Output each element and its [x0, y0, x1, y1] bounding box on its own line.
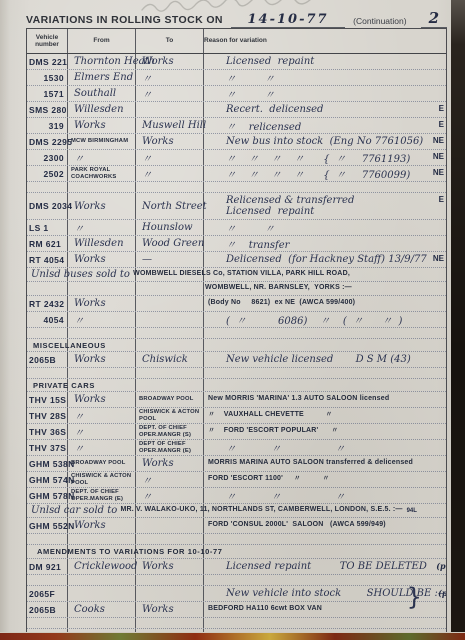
table-cell [136, 575, 204, 585]
date-handwritten: 14-10-77 [231, 12, 345, 28]
table-cell [136, 534, 204, 544]
vehicle-number: DM 921 [27, 559, 68, 574]
vehicle-number: THV 28S [27, 408, 68, 423]
margin-note: NE [433, 254, 444, 263]
table-row: PRIVATE CARS [27, 379, 446, 392]
from-location: 〃 [68, 424, 136, 439]
to-location: 〃 [136, 488, 204, 503]
table-row: 2065BWorksChiswickNew vehicle licensed D… [27, 352, 446, 368]
to-location: Works [136, 559, 204, 574]
vehicle-number: LS 1 [27, 220, 68, 235]
vehicle-number: 1530 [27, 70, 68, 85]
margin-note: E [439, 195, 444, 204]
table-cell [27, 282, 68, 295]
table-row: SMS 280WillesdenRecert. delicensedE [27, 102, 446, 118]
vehicle-number: GHM 538N [27, 456, 68, 471]
table-cell [68, 182, 136, 192]
table-cell: 〃 〃 〃 〃 { 〃 7761193)NE [204, 150, 446, 165]
section-title: MISCELLANEOUS [33, 339, 446, 351]
continuation-label: (Continuation) [353, 16, 406, 28]
scanned-ledger-page: VARIATIONS IN ROLLING STOCK ON 14-10-77 … [0, 0, 465, 640]
note-lead: Unlsd buses sold to [31, 269, 133, 280]
from-location: BROADWAY POOL [68, 456, 136, 471]
to-location: — [136, 252, 204, 267]
note-line: WOMBWELL, NR. BARNSLEY, YORKS :— [205, 282, 446, 295]
table-cell [136, 368, 204, 378]
vehicle-number: 2065F [27, 586, 68, 601]
to-location: 〃 [136, 150, 204, 165]
table-cell: FORD 'ESCORT 1100' 〃 〃 [204, 472, 446, 487]
margin-note: E [439, 104, 444, 113]
table-cell: 〃 〃 〃 [204, 488, 446, 503]
table-row: RM 621WillesdenWood Green〃 transfer [27, 236, 446, 252]
note-line: Unlsd car sold to MR. V. WALAKO-UKO, 11,… [31, 504, 446, 517]
reason-text: 〃 〃 〃 〃 { 〃 7761193) [204, 150, 410, 165]
vehicle-number: 2300 [27, 150, 68, 165]
from-location: 〃 [68, 312, 136, 327]
table-cell: 〃 FORD 'ESCORT POPULAR' 〃 [204, 424, 446, 439]
table-row: WOMBWELL, NR. BARNSLEY, YORKS :— [27, 282, 446, 296]
from-location: Works [68, 518, 136, 533]
to-location: 〃 [136, 472, 204, 487]
table-cell [27, 328, 68, 338]
note-text: WOMBWELL, NR. BARNSLEY, YORKS :— [205, 284, 352, 292]
vehicle-number: GHM 574N [27, 472, 68, 487]
vehicle-number: GHM 578N [27, 488, 68, 503]
table-row: Unlsd car sold to MR. V. WALAKO-UKO, 11,… [27, 504, 446, 518]
vehicle-number: RM 621 [27, 236, 68, 251]
from-location: PARK ROYAL COACHWORKS [68, 166, 136, 181]
from-location: Works [68, 252, 136, 267]
vehicle-number: DMS 2295 [27, 134, 68, 149]
table-cell [204, 328, 446, 338]
table-cell [27, 618, 68, 628]
table-cell [68, 629, 136, 632]
reason-text: Licensed repaint TO BE DELETED [204, 561, 427, 572]
to-location: Works [136, 54, 204, 69]
to-location: 〃 [136, 166, 204, 181]
from-location: MCW BIRMINGHAM [68, 134, 136, 149]
reason-text: ( 〃 6086) 〃 ( 〃 〃 ) [204, 312, 402, 327]
variations-table: Vehicle number From To Reason for variat… [26, 28, 447, 632]
note-text: WOMBWELL DIESELS Co, STATION VILLA, PARK… [133, 270, 350, 278]
to-location: Wood Green [136, 236, 204, 251]
table-row: GHM 552NWorksFORD 'CONSUL 2000L' SALOON … [27, 518, 446, 534]
reason-text: Licensed repaint [204, 56, 314, 67]
from-location: Willesden [68, 236, 136, 251]
reason-text: 〃 transfer [204, 236, 289, 251]
reason-text: 〃 〃 [204, 86, 275, 101]
table-cell [68, 618, 136, 628]
col-reason: Reason for variation [204, 29, 446, 53]
reason-text: New MORRIS 'MARINA' 1.3 AUTO SALOON lice… [204, 395, 389, 403]
from-location: Thornton Heath [68, 54, 136, 69]
table-cell: Recert. delicensedE [204, 102, 446, 117]
vehicle-number: THV 15S [27, 392, 68, 407]
table-cell [136, 586, 204, 601]
table-cell: (Body No 8621) ex NE (AWCA 599/400) [204, 296, 446, 311]
table-cell [27, 629, 68, 632]
table-cell [136, 102, 204, 117]
table-row: DMS 221Thornton HeathWorksLicensed repai… [27, 54, 446, 70]
table-row [27, 534, 446, 545]
to-location: CHISWICK & ACTON POOL [136, 408, 204, 423]
table-cell: Delicensed (for Hackney Staff) 13/9/77NE [204, 252, 446, 267]
table-cell [136, 328, 204, 338]
table-cell: 〃 transfer [204, 236, 446, 251]
table-body: DMS 221Thornton HeathWorksLicensed repai… [27, 54, 446, 632]
table-cell [136, 182, 204, 192]
table-row: AMENDMENTS TO VARIATIONS FOR 10-10-77 [27, 545, 446, 559]
table-row: 2502PARK ROYAL COACHWORKS〃〃 〃 〃 〃 { 〃 77… [27, 166, 446, 182]
from-location: Southall [68, 86, 136, 101]
margin-note: 94L [407, 508, 417, 514]
from-location: Cricklewood [68, 559, 136, 574]
margin-note: NE [433, 168, 444, 177]
table-cell [68, 368, 136, 378]
amendments-heading: AMENDMENTS TO VARIATIONS FOR 10-10-77 [37, 545, 446, 558]
table-row: LS 1〃Hounslow〃 〃 [27, 220, 446, 236]
table-cell [136, 282, 204, 295]
table-cell: Licensed repaint TO BE DELETED(p1) [204, 559, 446, 574]
table-row: 4054〃( 〃 6086) 〃 ( 〃 〃 ) [27, 312, 446, 328]
vehicle-number: 1571 [27, 86, 68, 101]
table-cell: 〃 〃 〃 [204, 440, 446, 455]
from-location: Works [68, 392, 136, 407]
table-row: 1571Southall〃〃 〃 [27, 86, 446, 102]
table-cell [136, 618, 204, 628]
table-cell: New vehicle into stock SHOULD BE :—}(p2) [204, 586, 446, 601]
table-row: GHM 578NDEPT. OF CHIEF OPER.MANGR (E)〃〃 … [27, 488, 446, 504]
table-row: 319WorksMuswell Hill〃 relicensedE [27, 118, 446, 134]
from-location: CHISWICK & ACTON POOL [68, 472, 136, 487]
reason-text: 〃 〃 [204, 70, 275, 85]
from-location: Works [68, 352, 136, 367]
table-cell: 〃 VAUXHALL CHEVETTE 〃 [204, 408, 446, 423]
margin-note: (p2) [438, 588, 446, 598]
col-vehicle-number: Vehicle number [27, 29, 68, 53]
table-cell [136, 312, 204, 327]
page-title: VARIATIONS IN ROLLING STOCK ON [26, 14, 223, 28]
to-location: Muswell Hill [136, 118, 204, 133]
table-cell: New vehicle licensed D S M (43) [204, 352, 446, 367]
table-cell [136, 629, 204, 632]
reason-text: New vehicle licensed D S M (43) [204, 354, 411, 365]
reason-text: Relicensed & transferred [204, 195, 354, 206]
to-location: Hounslow [136, 220, 204, 235]
col-to: To [136, 29, 204, 53]
table-cell: 〃 〃 [204, 220, 446, 235]
book-edge-band [0, 633, 465, 640]
table-cell: ( 〃 6086) 〃 ( 〃 〃 ) [204, 312, 446, 327]
reason-text: Licensed repaint [204, 206, 314, 217]
table-row [27, 328, 446, 339]
table-row: 1530Elmers End〃〃 〃 [27, 70, 446, 86]
margin-note: NE [433, 152, 444, 161]
table-cell: New MORRIS 'MARINA' 1.3 AUTO SALOON lice… [204, 392, 446, 407]
vehicle-number: THV 37S [27, 440, 68, 455]
reason-text: 〃 VAUXHALL CHEVETTE 〃 [204, 411, 333, 419]
table-row [27, 368, 446, 379]
table-row [27, 629, 446, 632]
reason-text: BEDFORD HA110 6cwt BOX VAN [204, 605, 322, 613]
brace-mark: } [407, 585, 422, 609]
reason-text: New bus into stock (Eng No 7761056) [204, 136, 423, 147]
to-location: Works [136, 456, 204, 471]
table-cell [27, 534, 68, 544]
table-cell: Relicensed & transferredLicensed repaint… [204, 193, 446, 219]
table-cell: MORRIS MARINA AUTO SALOON transferred & … [204, 456, 446, 471]
reason-text: 〃 〃 〃 [204, 488, 345, 503]
table-cell: New bus into stock (Eng No 7761056)NE [204, 134, 446, 149]
reason-text: 〃 〃 〃 [204, 440, 345, 455]
col-from: From [68, 29, 136, 53]
table-row: DMS 2034WorksNorth StreetRelicensed & tr… [27, 193, 446, 220]
reason-text: FORD 'CONSUL 2000L' SALOON (AWCA 599/949… [204, 521, 386, 529]
table-cell [68, 282, 136, 295]
to-location: DEPT. OF CHIEF OPER.MANGR (S) [136, 424, 204, 439]
note-text: MR. V. WALAKO-UKO, 11, NORTHLANDS ST, CA… [120, 506, 402, 514]
reason-text: 〃 FORD 'ESCORT POPULAR' 〃 [204, 427, 339, 435]
from-location: Cooks [68, 602, 136, 617]
reason-text: Delicensed (for Hackney Staff) 13/9/77 [204, 254, 427, 265]
from-location: Willesden [68, 102, 136, 117]
table-row [27, 575, 446, 586]
to-location: DEPT OF CHIEF OPER.MANGR (E) [136, 440, 204, 455]
table-cell: 〃 〃 〃 〃 { 〃 7760099)NE [204, 166, 446, 181]
table-cell [68, 328, 136, 338]
to-location: 〃 [136, 70, 204, 85]
table-row: THV 15SWorksBROADWAY POOLNew MORRIS 'MAR… [27, 392, 446, 408]
table-cell [68, 575, 136, 585]
table-row: THV 28S〃CHISWICK & ACTON POOL〃 VAUXHALL … [27, 408, 446, 424]
table-row: RT 2432Works(Body No 8621) ex NE (AWCA 5… [27, 296, 446, 312]
table-row: 2065BCooksWorksBEDFORD HA110 6cwt BOX VA… [27, 602, 446, 618]
vehicle-number: DMS 221 [27, 54, 68, 69]
table-row: GHM 538NBROADWAY POOLWorksMORRIS MARINA … [27, 456, 446, 472]
from-location: Works [68, 296, 136, 311]
table-cell [27, 182, 68, 192]
table-cell [136, 296, 204, 311]
reason-text: Recert. delicensed [204, 104, 323, 115]
table-row [27, 182, 446, 193]
vehicle-number: THV 36S [27, 424, 68, 439]
table-row: DM 921CricklewoodWorksLicensed repaint T… [27, 559, 446, 575]
table-row: GHM 574NCHISWICK & ACTON POOL〃FORD 'ESCO… [27, 472, 446, 488]
table-row: THV 37S〃DEPT OF CHIEF OPER.MANGR (E)〃 〃 … [27, 440, 446, 456]
vehicle-number: 2065B [27, 352, 68, 367]
vehicle-number: 4054 [27, 312, 68, 327]
title-bar: VARIATIONS IN ROLLING STOCK ON 14-10-77 … [26, 4, 447, 28]
to-location: North Street [136, 193, 204, 219]
vehicle-number: SMS 280 [27, 102, 68, 117]
to-location: 〃 [136, 86, 204, 101]
reason-text: MORRIS MARINA AUTO SALOON transferred & … [204, 459, 413, 467]
from-location: 〃 [68, 408, 136, 423]
vehicle-number: RT 4054 [27, 252, 68, 267]
table-cell [27, 575, 68, 585]
table-row: DMS 2295MCW BIRMINGHAMWorksNew bus into … [27, 134, 446, 150]
page-number: 2 [421, 9, 447, 28]
section-title: PRIVATE CARS [33, 379, 446, 391]
from-location: DEPT. OF CHIEF OPER.MANGR (E) [68, 488, 136, 503]
table-cell [68, 534, 136, 544]
note-lead: Unlsd car sold to [31, 505, 120, 516]
table-row: 2300〃〃〃 〃 〃 〃 { 〃 7761193)NE [27, 150, 446, 166]
table-row: MISCELLANEOUS [27, 339, 446, 352]
table-row: Unlsd buses sold to WOMBWELL DIESELS Co,… [27, 268, 446, 282]
table-row: THV 36S〃DEPT. OF CHIEF OPER.MANGR (S)〃 F… [27, 424, 446, 440]
table-cell: Licensed repaint [204, 54, 446, 69]
reason-text: FORD 'ESCORT 1100' 〃 〃 [204, 475, 330, 483]
table-cell: 〃 〃 [204, 70, 446, 85]
to-location: Chiswick [136, 352, 204, 367]
table-row: RT 4054Works—Delicensed (for Hackney Sta… [27, 252, 446, 268]
from-location: 〃 [68, 220, 136, 235]
margin-note: (p1) [436, 561, 446, 571]
margin-note: E [439, 120, 444, 129]
from-location: Elmers End [68, 70, 136, 85]
table-cell: FORD 'CONSUL 2000L' SALOON (AWCA 599/949… [204, 518, 446, 533]
from-location: Works [68, 118, 136, 133]
to-location: Works [136, 602, 204, 617]
reason-text: 〃 〃 [204, 220, 275, 235]
vehicle-number: GHM 552N [27, 518, 68, 533]
section-text: AMENDMENTS TO VARIATIONS FOR 10-10-77 [37, 547, 223, 556]
table-cell [68, 586, 136, 601]
section-text: PRIVATE CARS [33, 381, 95, 390]
table-cell [27, 368, 68, 378]
note-line: Unlsd buses sold to WOMBWELL DIESELS Co,… [31, 268, 446, 281]
from-location: 〃 [68, 150, 136, 165]
section-text: MISCELLANEOUS [33, 341, 106, 350]
table-cell: 〃 relicensedE [204, 118, 446, 133]
table-row: 2065FNew vehicle into stock SHOULD BE :—… [27, 586, 446, 602]
table-row [27, 618, 446, 629]
vehicle-number: 2502 [27, 166, 68, 181]
to-location: BROADWAY POOL [136, 392, 204, 407]
table-cell [204, 629, 446, 632]
vehicle-number: DMS 2034 [27, 193, 68, 219]
reason-text: (Body No 8621) ex NE (AWCA 599/400) [204, 299, 355, 307]
from-location: 〃 [68, 440, 136, 455]
from-location: Works [68, 193, 136, 219]
to-location: Works [136, 134, 204, 149]
table-cell [204, 368, 446, 378]
reason-text: 〃 relicensed [204, 118, 301, 133]
table-cell [204, 182, 446, 192]
scan-edge-right [451, 0, 465, 640]
margin-note: NE [433, 136, 444, 145]
vehicle-number: RT 2432 [27, 296, 68, 311]
table-cell [136, 518, 204, 533]
table-cell [204, 618, 446, 628]
table-cell: 〃 〃 [204, 86, 446, 101]
table-header: Vehicle number From To Reason for variat… [27, 29, 446, 54]
reason-text: 〃 〃 〃 〃 { 〃 7760099) [204, 166, 410, 181]
vehicle-number: 319 [27, 118, 68, 133]
table-cell [204, 534, 446, 544]
vehicle-number: 2065B [27, 602, 68, 617]
